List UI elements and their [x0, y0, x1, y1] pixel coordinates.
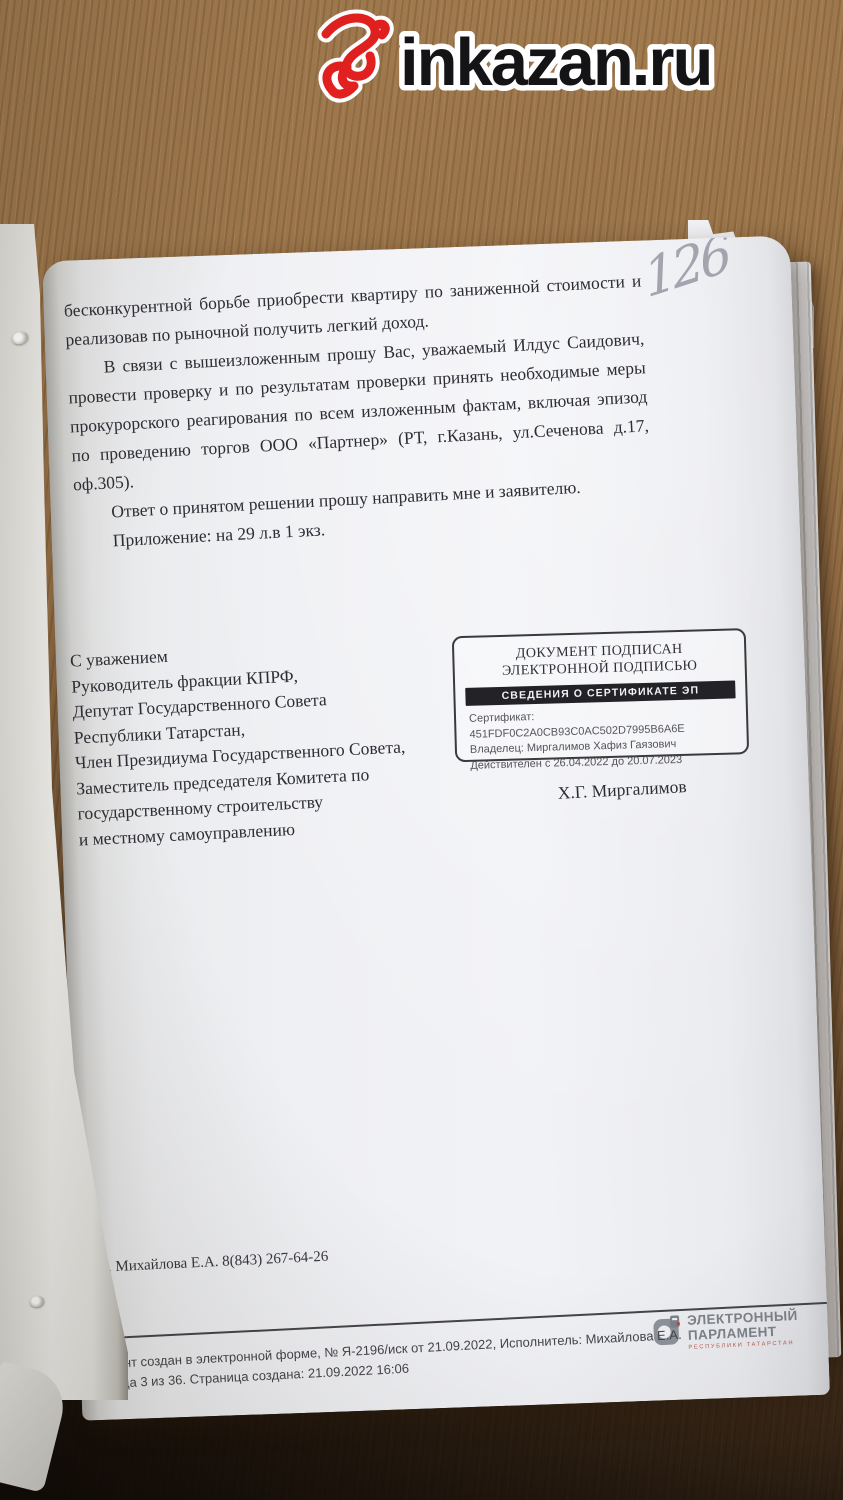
photo-scene: 126 бесконкурентной борьбе приобрести кв… [0, 0, 843, 1500]
stamp-certificate-bar: СВЕДЕНИЯ О СЕРТИФИКАТЕ ЭП [465, 680, 735, 706]
signed-name: Х.Г. Миргалимов [557, 776, 687, 804]
inkazan-watermark: inkazan.ru [312, 8, 836, 113]
executor-contact-line: исп. Михайлова Е.А. 8(843) 267-64-26 [85, 1249, 329, 1278]
handwritten-page-number: 126 [640, 235, 731, 310]
inkazan-dragon-icon [326, 18, 385, 94]
document-page: 126 бесконкурентной борьбе приобрести кв… [42, 235, 830, 1420]
inkazan-wordmark: inkazan.ru [400, 25, 711, 100]
stamp-title: ДОКУМЕНТ ПОДПИСАН ЭЛЕКТРОННОЙ ПОДПИСЬЮ [454, 639, 745, 681]
letter-body: бесконкурентной борьбе приобрести кварти… [63, 266, 654, 557]
signature-titles-block: С уважением Руководитель фракции КПРФ, Д… [70, 633, 410, 853]
electronic-signature-stamp: ДОКУМЕНТ ПОДПИСАН ЭЛЕКТРОННОЙ ПОДПИСЬЮ С… [452, 628, 749, 762]
